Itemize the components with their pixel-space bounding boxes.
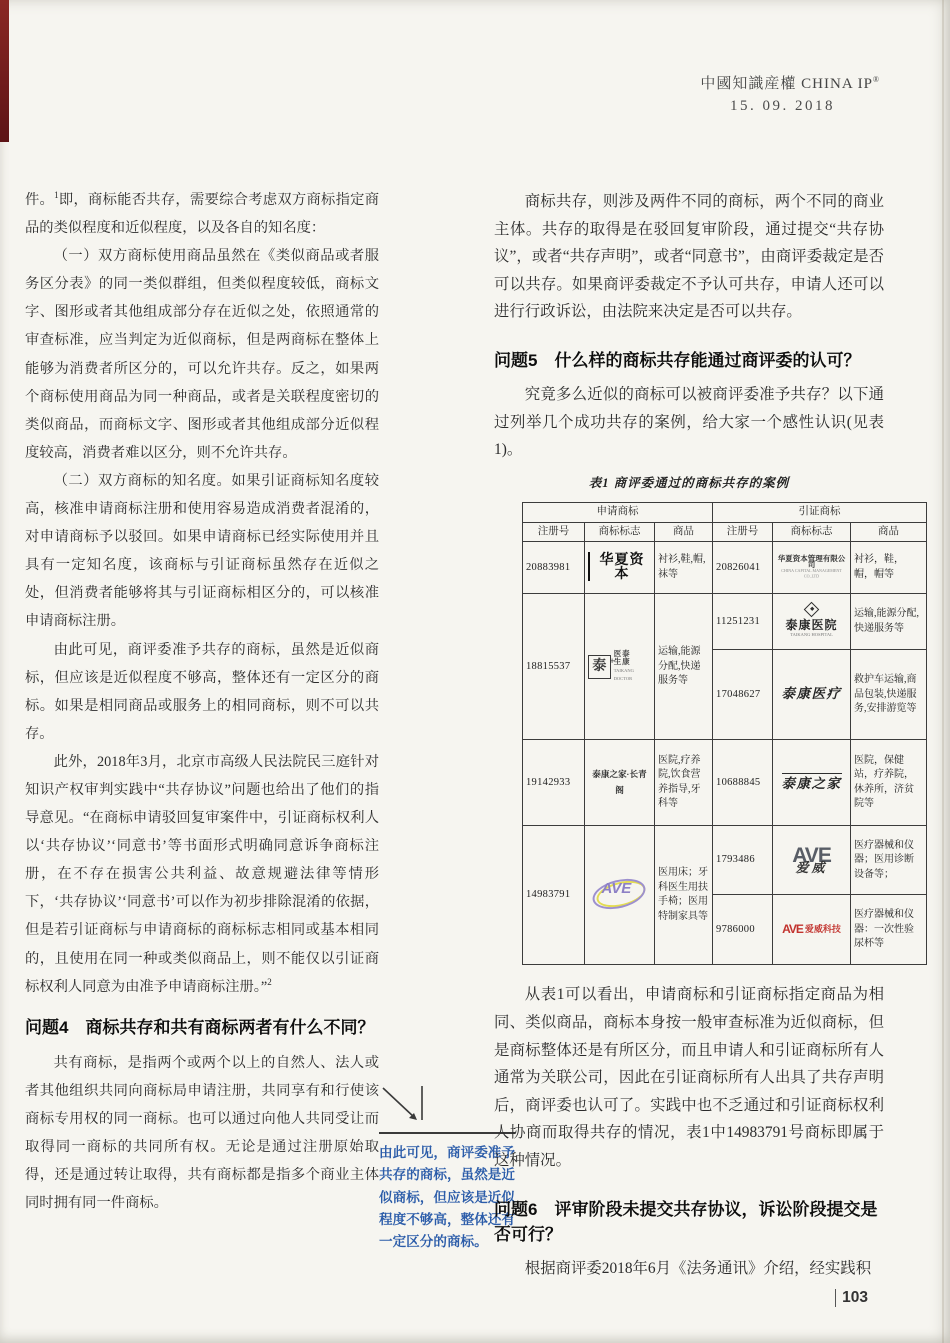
cit-reg-no: 17048627 [713, 650, 773, 740]
app-goods: 医院,疗养院,饮食营养指导,牙科等 [655, 740, 713, 826]
table-analysis-paragraph: 从表1可以看出，申请商标和引证商标指定商品为相同、类似商品，商标本身按一般审查标… [494, 981, 884, 1174]
logo-text: 华夏资本 [588, 552, 651, 581]
logo-text: 泰康医疗 [782, 686, 842, 701]
app-reg-no: 14983791 [523, 826, 585, 965]
huaxia-capital-management-logo: 华夏资本管理有限公司CHINA CAPITAL MANAGEMENT CO.,L… [773, 542, 851, 594]
question6-heading: 问题6 评审阶段未提交共存协议，诉讼阶段提交是否可行？ [494, 1197, 884, 1247]
page-edge-red-strip [0, 0, 9, 142]
page-number: 103 [835, 1289, 868, 1307]
paragraph-coexistence: 商标共存，则涉及两件不同的商标，两个不同的商业主体。共存的取得是在驳回复审阶段，… [494, 188, 884, 326]
logo-subtext: 爱威科技 [805, 925, 841, 934]
app-goods: 运输,能源分配,快递服务等 [655, 594, 713, 740]
col-header-regno: 注册号 [713, 522, 773, 542]
left-column: 件。1即，商标能否共存，需要综合考虑双方商标指定商品的类似程度和近似程度，以及各… [25, 186, 379, 1217]
footnote-ref-2: 2 [267, 977, 272, 987]
cit-reg-no: 11251231 [713, 594, 773, 650]
page-edge-shadow [942, 0, 944, 1343]
cit-reg-no: 1793486 [713, 826, 773, 895]
ave-swoosh-logo: AVE [585, 826, 655, 965]
plus-icon: + [610, 650, 615, 672]
taikang-home-changqingge-logo: 泰康之家·长青阁 [585, 740, 655, 826]
question5-heading: 问题5 什么样的商标共存能通过商评委的认可？ [494, 348, 884, 373]
ave-aiwei-logo: AVE爱威 [773, 826, 851, 895]
paragraph-continuation: 件。1即，商标能否共存，需要综合考虑双方商标指定商品的类似程度和近似程度，以及各… [25, 186, 379, 242]
cit-goods: 医疗器械和仪器；医用诊断设备等； [851, 826, 927, 895]
col-header-goods: 商品 [655, 522, 713, 542]
cit-reg-no: 9786000 [713, 895, 773, 965]
magazine-page: 中國知識産權 CHINA IP® 15. 09. 2018 件。1即，商标能否共… [0, 0, 950, 1343]
taikang-yiliao-logo: 泰康医疗 [773, 650, 851, 740]
question4-heading: 问题4 商标共存和共有商标两者有什么不同？ [25, 1015, 379, 1040]
table-row: 19142933 泰康之家·长青阁 医院,疗养院,饮食营养指导,牙科等 1068… [523, 740, 927, 826]
issue-date: 15. 09. 2018 [700, 98, 835, 115]
arrow-down-right-icon [381, 1086, 429, 1126]
right-column: 商标共存，则涉及两件不同的商标，两个不同的商业主体。共存的取得是在驳回复审阶段，… [494, 188, 884, 1282]
app-reg-no: 18815537 [523, 594, 585, 740]
coexistence-cases-table: 申请商标 引证商标 注册号 商标标志 商品 注册号 商标标志 商品 208839… [522, 502, 927, 965]
logo-subtext: CHINA CAPITAL MANAGEMENT CO.,LTD [780, 568, 844, 579]
paragraph-court-opinion: 此外，2018年3月，北京市高级人民法院民三庭针对知识产权审判实践中“共存协议”… [25, 748, 379, 1001]
logo-text: AVE [782, 925, 803, 934]
paragraph-item-1: （一）双方商标使用商品虽然在《类似商品或者服务区分表》的同一类似群组，但类似程度… [25, 242, 379, 467]
table-row: 20883981 华夏资本 衬衫,鞋,帽,袜等 20826041 华夏资本管理有… [523, 542, 927, 594]
paragraph-conclusion: 由此可见，商评委准予共存的商标，虽然是近似商标，但应该是近似程度不够高，整体还有… [25, 636, 379, 748]
col-header-mark: 商标标志 [773, 522, 851, 542]
huaxia-capital-logo: 华夏资本 [585, 542, 655, 594]
table-row: 14983791 AVE 医用床；牙科医生用扶手椅；医用特制家具等 179348… [523, 826, 927, 895]
logo-text: 华夏资本管理有限公司 [776, 556, 847, 568]
group-header-cited: 引证商标 [713, 503, 927, 523]
diamond-icon [804, 602, 820, 618]
cit-goods: 运输,能源分配,快递服务等 [851, 594, 927, 650]
cit-goods: 救护车运输,商品包装,快递服务,安排游览等 [851, 650, 927, 740]
ave-aiwei-tech-logo: AVE爱威科技 [773, 895, 851, 965]
col-header-goods: 商品 [851, 522, 927, 542]
taikang-home-logo: 泰康之家 [773, 740, 851, 826]
logo-char: 泰 [592, 659, 606, 674]
logo-text: 生康 [614, 658, 651, 666]
paragraph-text: 件。 [25, 192, 54, 208]
cit-goods: 衬衫，鞋，帽，帽等 [851, 542, 927, 594]
table-caption: 表1 商评委通过的商标共存的案例 [494, 470, 884, 498]
cit-goods: 医院，保健站，疗养院，休养所，济贫院等 [851, 740, 927, 826]
taikang-hospital-logo: 泰康医院TAIKANG HOSPITAL [773, 594, 851, 650]
table-group-header-row: 申请商标 引证商标 [523, 503, 927, 523]
masthead: 中國知識産權 CHINA IP® 15. 09. 2018 [700, 72, 880, 115]
logo-text: 泰康之家 [782, 773, 842, 792]
magazine-title-text: 中國知識産權 CHINA IP [700, 76, 873, 92]
registered-mark: ® [873, 75, 880, 84]
cit-goods: 医疗器械和仪器：一次性验尿杯等 [851, 895, 927, 965]
tai-square-icon: 泰+ [588, 655, 611, 679]
cit-reg-no: 20826041 [713, 542, 773, 594]
logo-text: AVE [602, 882, 632, 897]
col-header-regno: 注册号 [523, 522, 585, 542]
logo-text: 泰康医院 [776, 620, 847, 630]
app-reg-no: 20883981 [523, 542, 585, 594]
paragraph-text: 即，商标能否共存，需要综合考虑双方商标指定商品的类似程度和近似程度，以及各自的知… [25, 192, 379, 236]
col-header-mark: 商标标志 [585, 522, 655, 542]
question6-paragraph: 根据商评委2018年6月《法务通讯》介绍，经实践积 [494, 1255, 884, 1283]
group-header-applied: 申请商标 [523, 503, 713, 523]
paragraph-text: 此外，2018年3月，北京市高级人民法院民三庭针对知识产权审判实践中“共存协议”… [25, 754, 379, 995]
question5-paragraph: 究竟多么近似的商标可以被商评委准予共存？以下通过列举几个成功共存的案例，给大家一… [494, 381, 884, 464]
taikang-doctor-logo: 泰+ 医泰生康TAIKANG DOCTOR [585, 594, 655, 740]
app-goods: 医用床；牙科医生用扶手椅；医用特制家具等 [655, 826, 713, 965]
table-column-header-row: 注册号 商标标志 商品 注册号 商标标志 商品 [523, 522, 927, 542]
app-reg-no: 19142933 [523, 740, 585, 826]
magazine-title: 中國知識産權 CHINA IP® [700, 72, 880, 93]
paragraph-item-2: （二）双方商标的知名度。如果引证商标知名度较高，核准申请商标注册和使用容易造成消… [25, 467, 379, 636]
app-goods: 衬衫,鞋,帽,袜等 [655, 542, 713, 594]
logo-subtext: 爱威 [776, 862, 847, 874]
logo-subtext: TAIKANG DOCTOR [614, 667, 651, 683]
question4-paragraph: 共有商标，是指两个或两个以上的自然人、法人或者其他组织共同向商标局申请注册，共同… [25, 1049, 379, 1218]
table-row: 18815537 泰+ 医泰生康TAIKANG DOCTOR 运输,能源分配,快… [523, 594, 927, 650]
cit-reg-no: 10688845 [713, 740, 773, 826]
logo-text: 泰康之家·长青阁 [592, 769, 646, 795]
